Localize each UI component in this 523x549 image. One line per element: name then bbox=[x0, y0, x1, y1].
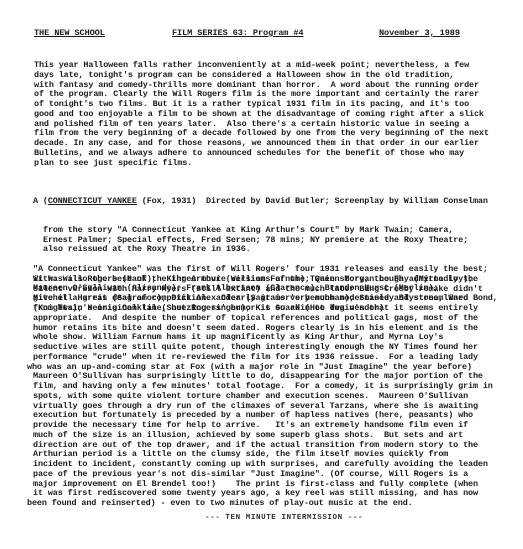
document-page: THE NEW SCHOOL FILM SERIES 63: Program #… bbox=[0, 0, 523, 549]
film-title-line: A (CONNECTICUT YANKEE (Fox, 1931) Direct… bbox=[33, 197, 498, 207]
intro_lines-line: plan to see just specific films. bbox=[34, 159, 489, 169]
header-date: November 3, 1989 bbox=[379, 28, 460, 38]
review-paragraph: "A Connecticut Yankee" was the first of … bbox=[33, 265, 493, 509]
film.credit_lines-line: also reissued at the Roxy Theatre in 193… bbox=[33, 245, 498, 255]
intermission-note: --- TEN MINUTE INTERMISSION --- bbox=[205, 514, 363, 520]
header-series: FILM SERIES 63: Program #4 bbox=[172, 28, 304, 38]
review_lines-line: been found and reinserted) - even to two… bbox=[27, 499, 493, 509]
intro-paragraph: This year Halloween falls rather inconve… bbox=[34, 61, 489, 168]
film-title: CONNECTICUT YANKEE bbox=[48, 196, 137, 206]
film-title-prefix: A ( bbox=[33, 196, 48, 206]
header-institution: THE NEW SCHOOL bbox=[34, 28, 105, 38]
film-title-details: (Fox, 1931) Directed by David Butler; Sc… bbox=[137, 196, 488, 206]
page-header: THE NEW SCHOOL FILM SERIES 63: Program #… bbox=[34, 28, 474, 42]
